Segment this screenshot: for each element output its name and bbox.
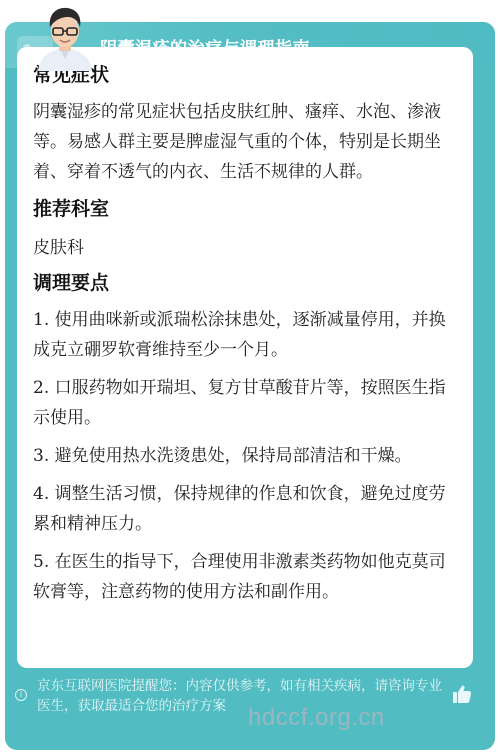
watermark: hdccf.org.cn [248, 704, 385, 732]
symptoms-text: 阴囊湿疹的常见症状包括皮肤红肿、瘙痒、水泡、渗液等。易感人群主要是脾虚湿气重的个… [33, 97, 457, 187]
doctor-avatar-icon [30, 3, 100, 71]
content-panel: 常见症状 阴囊湿疹的常见症状包括皮肤红肿、瘙痒、水泡、渗液等。易感人群主要是脾虚… [17, 47, 473, 668]
tip-text: 在医生的指导下，合理使用非激素类药物如他克莫司软膏等，注意药物的使用方法和副作用… [33, 552, 446, 602]
info-icon: i [15, 689, 27, 701]
tip-number: 5. [33, 552, 49, 572]
tip-text: 避免使用热水洗烫患处，保持局部清洁和干燥。 [49, 446, 411, 466]
thumbs-up-icon[interactable] [452, 684, 472, 704]
tip-text: 调整生活习惯，保持规律的作息和饮食，避免过度劳累和精神压力。 [33, 484, 446, 534]
care-tip: 3. 避免使用热水洗烫患处，保持局部清洁和干燥。 [33, 441, 457, 471]
section-title-department: 推荐科室 [33, 195, 457, 223]
tip-number: 1. [33, 310, 49, 330]
tip-text: 口服药物如开瑞坦、复方甘草酸苷片等，按照医生指示使用。 [33, 378, 446, 428]
tip-number: 3. [33, 446, 49, 466]
care-tip: 5. 在医生的指导下，合理使用非激素类药物如他克莫司软膏等，注意药物的使用方法和… [33, 547, 457, 607]
section-title-care: 调理要点 [33, 269, 457, 297]
tip-number: 4. [33, 484, 49, 504]
tip-number: 2. [33, 378, 49, 398]
department-text: 皮肤科 [33, 233, 457, 263]
care-tip: 4. 调整生活习惯，保持规律的作息和饮食，避免过度劳累和精神压力。 [33, 479, 457, 539]
tip-text: 使用曲咪新或派瑞松涂抹患处，逐渐减量停用，并换成克立硼罗软膏维持至少一个月。 [33, 310, 446, 360]
care-tip: 1. 使用曲咪新或派瑞松涂抹患处，逐渐减量停用，并换成克立硼罗软膏维持至少一个月… [33, 305, 457, 365]
care-tip: 2. 口服药物如开瑞坦、复方甘草酸苷片等，按照医生指示使用。 [33, 373, 457, 433]
